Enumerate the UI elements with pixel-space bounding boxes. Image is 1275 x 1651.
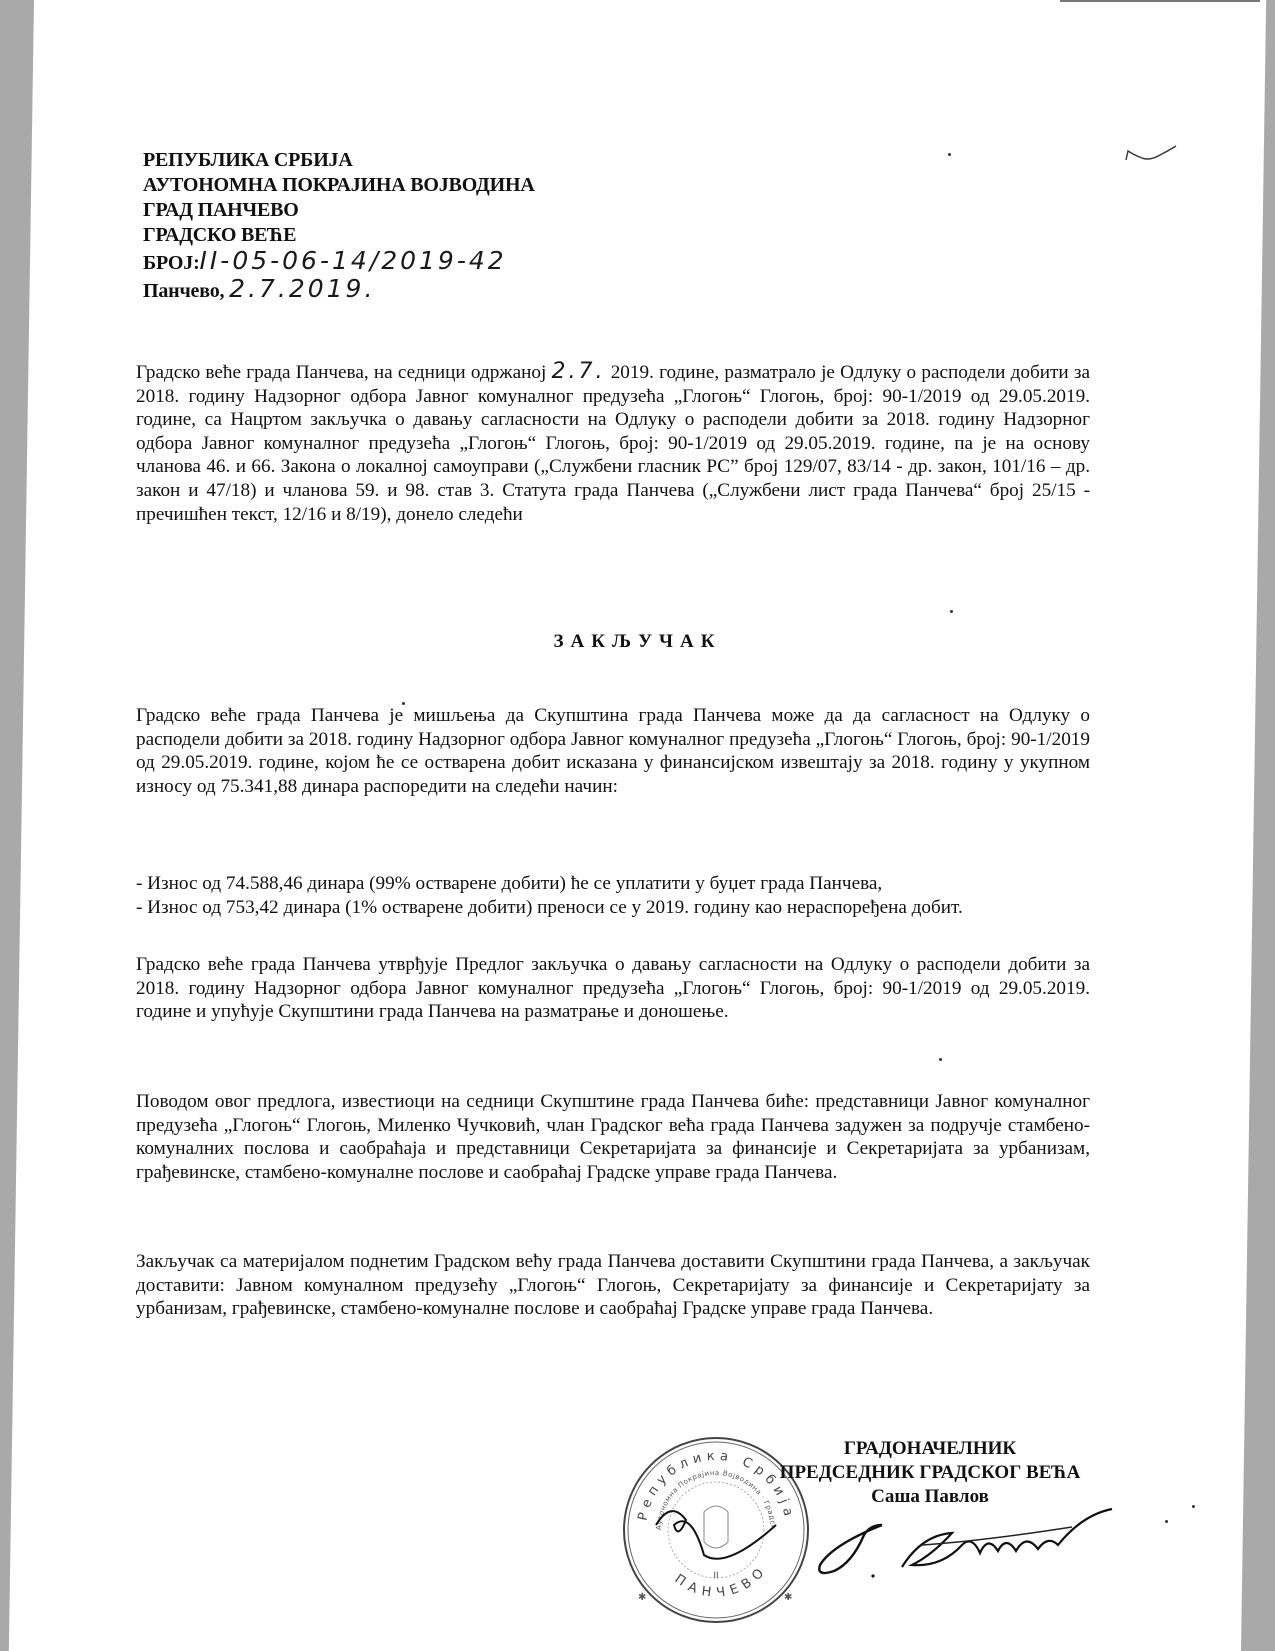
delivery-paragraph: Закључак са материјалом поднетим Градско… [136, 1250, 1090, 1321]
handwritten-check-mark-icon [1124, 143, 1184, 168]
header-place-date: Панчево, 2.7.2019. [143, 276, 535, 304]
stamp-bottom-text: ПАНЧЕВО [672, 1562, 771, 1601]
rapporteurs-paragraph: Поводом овог предлога, известиоци на сед… [136, 1090, 1090, 1184]
distribution-item-budget: - Износ од 74.588,46 динара (99% остваре… [136, 872, 1090, 896]
distribution-item-retained: - Износ од 753,42 динара (1% остварене д… [136, 896, 1090, 920]
session-date-handwritten: 2.7. [552, 359, 606, 384]
document-title: ЗАКЉУЧАК [0, 631, 1275, 653]
scan-speck [950, 610, 953, 613]
adopt-paragraph: Градско веће града Панчева утврђује Пред… [136, 953, 1090, 1024]
svg-text:✱: ✱ [638, 1592, 646, 1603]
number-value-handwritten: II-05-06-14/2019-42 [200, 246, 507, 275]
scan-speck [1192, 1505, 1195, 1508]
stamp-number: II [713, 1571, 718, 1581]
scan-speck [939, 1058, 942, 1061]
main-paragraph: Градско веће града Панчева је мишљења да… [136, 704, 1090, 798]
scan-speck [1165, 1520, 1168, 1523]
signature-block: ГРАДОНАЧЕЛНИК ПРЕДСЕДНИК ГРАДСКОГ ВЕЋА С… [740, 1437, 1120, 1509]
intro-before-date: Градско веће града Панчева, на седници о… [136, 362, 546, 383]
header-number: БРОЈ:II-05-06-14/2019-42 [143, 248, 535, 276]
svg-text:ПАНЧЕВО: ПАНЧЕВО [672, 1562, 771, 1601]
signatory-title-president: ПРЕДСЕДНИК ГРАДСКОГ ВЕЋА [740, 1461, 1120, 1485]
svg-text:✱: ✱ [784, 1592, 792, 1603]
scan-speck [948, 153, 951, 156]
intro-after-date: 2019. године, разматрало је Одлуку о рас… [136, 362, 1090, 525]
date-handwritten: 2.7.2019. [229, 274, 375, 303]
place-label: Панчево, [143, 280, 224, 302]
document-page: РЕПУБЛИКА СРБИЈА АУТОНОМНА ПОКРАЈИНА ВОЈ… [0, 0, 1275, 1651]
number-label: БРОЈ: [143, 252, 200, 274]
intro-paragraph: Градско веће града Панчева, на седници о… [136, 360, 1090, 526]
distribution-list: - Износ од 74.588,46 динара (99% остваре… [136, 872, 1090, 919]
handwritten-signature-icon [812, 1505, 1132, 1585]
document-header: РЕПУБЛИКА СРБИЈА АУТОНОМНА ПОКРАЈИНА ВОЈ… [143, 148, 535, 304]
header-republic: РЕПУБЛИКА СРБИЈА [143, 148, 535, 173]
header-city: ГРАД ПАНЧЕВО [143, 198, 535, 223]
scan-speck [402, 702, 405, 705]
header-council: ГРАДСКО ВЕЋЕ [143, 223, 535, 248]
header-province: АУТОНОМНА ПОКРАЈИНА ВОЈВОДИНА [143, 173, 535, 198]
signatory-title-mayor: ГРАДОНАЧЕЛНИК [740, 1437, 1120, 1461]
